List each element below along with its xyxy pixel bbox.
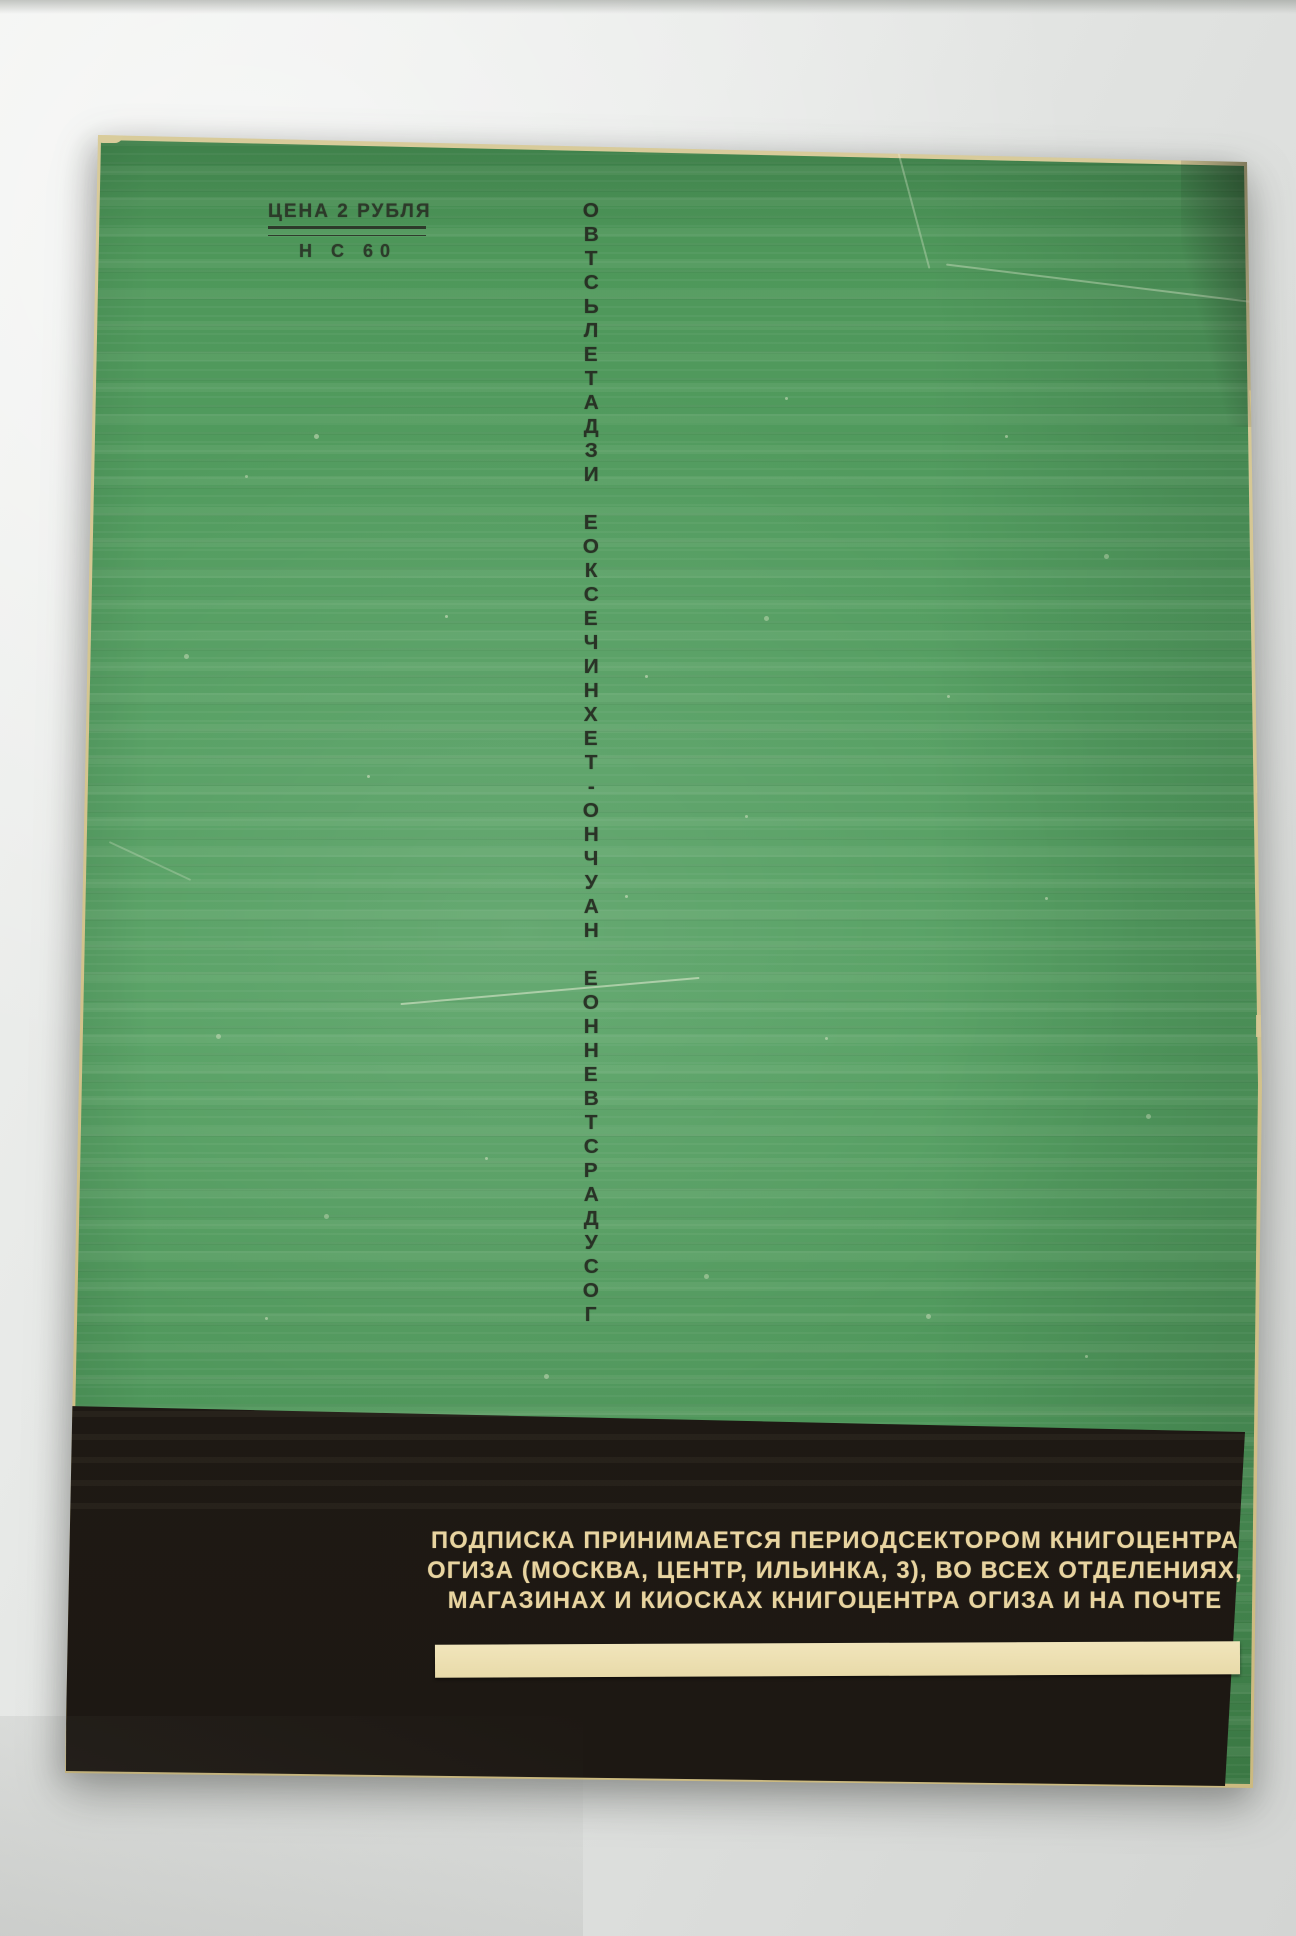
price-stamp: ЦЕНА 2 РУБЛЯ Н С 60 xyxy=(268,201,428,262)
notice-line-3: МАГАЗИНАХ И КИОСКАХ КНИГОЦЕНТРА ОГИЗА И … xyxy=(419,1586,1251,1616)
book: ЦЕНА 2 РУБЛЯ Н С 60 ОВТСЬЛЕТАДЗИЕОКСЕЧИН… xyxy=(65,135,1265,1790)
price-code: Н С 60 xyxy=(268,241,428,262)
edge-chip xyxy=(65,735,74,761)
dust-speckles xyxy=(65,135,68,138)
edge-chip xyxy=(1249,390,1266,441)
price-text: ЦЕНА 2 РУБЛЯ xyxy=(268,201,428,223)
corner-damage xyxy=(1181,157,1265,427)
subscription-notice: ПОДПИСКА ПРИНИМАЕТСЯ ПЕРИОДСЕКТОРОМ КНИГ… xyxy=(419,1526,1251,1616)
edge-chip xyxy=(1256,775,1263,793)
band-ghost-rows xyxy=(65,1411,1265,1521)
notice-line-2: ОГИЗА (МОСКВА, ЦЕНТР, ИЛЬИНКА, 3), ВО ВС… xyxy=(419,1556,1251,1586)
notice-line-1: ПОДПИСКА ПРИНИМАЕТСЯ ПЕРИОДСЕКТОРОМ КНИГ… xyxy=(419,1526,1251,1556)
blank-cream-stripe xyxy=(435,1641,1240,1678)
edge-chip xyxy=(67,835,74,853)
edge-chip xyxy=(95,135,123,143)
photo-scene: ЦЕНА 2 РУБЛЯ Н С 60 ОВТСЬЛЕТАДЗИЕОКСЕЧИН… xyxy=(0,0,1296,1936)
stamp-underline xyxy=(268,226,426,236)
publisher-vertical-text: ОВТСЬЛЕТАДЗИЕОКСЕЧИНХЕТ-ОНЧУАНЕОННЕВТСРА… xyxy=(573,199,609,1327)
edge-chip xyxy=(1256,1015,1264,1037)
edge-chip xyxy=(1251,285,1265,322)
book-back-cover: ЦЕНА 2 РУБЛЯ Н С 60 ОВТСЬЛЕТАДЗИЕОКСЕЧИН… xyxy=(65,135,1265,1790)
